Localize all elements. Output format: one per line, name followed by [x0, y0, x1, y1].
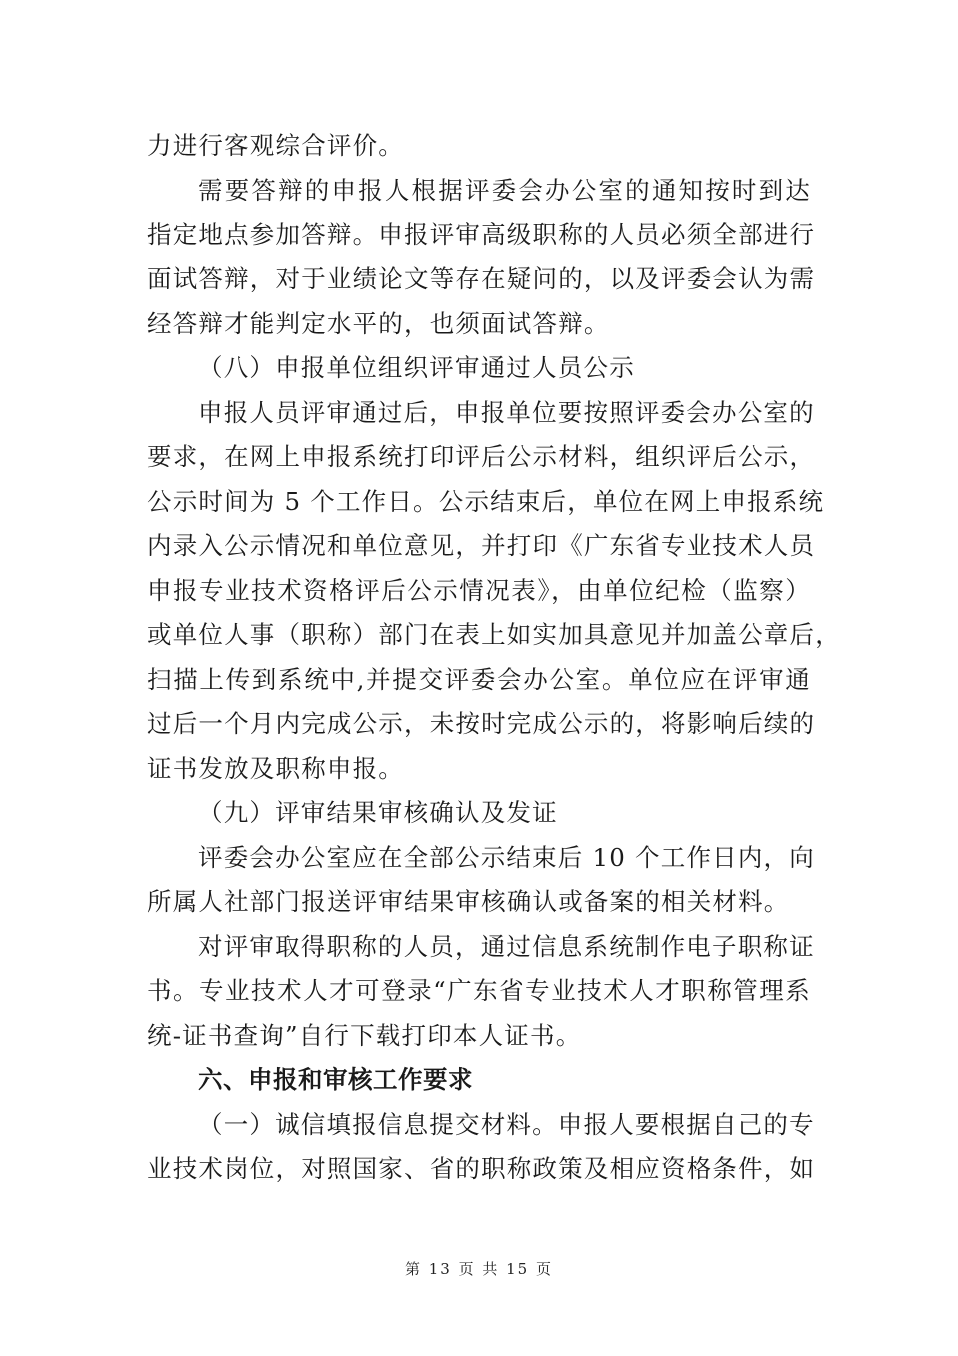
text-line: 面试答辩，对于业绩论文等存在疑问的，以及评委会认为需: [147, 264, 811, 294]
text-line: 经答辩才能判定水平的，也须面试答辩。: [147, 309, 811, 339]
text-line: 需要答辩的申报人根据评委会办公室的通知按时到达: [198, 176, 811, 206]
text-line: 申报专业技术资格评后公示情况表》，由单位纪检（监察）: [147, 576, 811, 606]
text-line: （一）诚信填报信息提交材料。申报人要根据自己的专: [198, 1110, 811, 1140]
section-heading: 六、申报和审核工作要求: [198, 1065, 811, 1095]
text-line: 评委会办公室应在全部公示结束后 10 个工作日内，向: [198, 843, 811, 873]
text-line: （九）评审结果审核确认及发证: [198, 798, 811, 828]
text-line: 公示时间为 5 个工作日。公示结束后，单位在网上申报系统: [147, 487, 811, 517]
text-line: （八）申报单位组织评审通过人员公示: [198, 353, 811, 383]
text-line: 业技术岗位，对照国家、省的职称政策及相应资格条件，如: [147, 1154, 811, 1184]
document-page: 力进行客观综合评价。需要答辩的申报人根据评委会办公室的通知按时到达指定地点参加答…: [0, 0, 958, 1356]
text-line: 指定地点参加答辩。申报评审高级职称的人员必须全部进行: [147, 220, 811, 250]
text-line: 要求，在网上申报系统打印评后公示材料，组织评后公示，: [147, 442, 811, 472]
page-footer: 第 13 页 共 15 页: [0, 1258, 958, 1279]
text-line: 申报人员评审通过后，申报单位要按照评委会办公室的: [198, 398, 811, 428]
text-line: 内录入公示情况和单位意见，并打印《广东省专业技术人员: [147, 531, 811, 561]
text-line: 扫描上传到系统中,并提交评委会办公室。单位应在评审通: [147, 665, 811, 695]
text-line: 统-证书查询”自行下载打印本人证书。: [147, 1021, 811, 1051]
text-line: 对评审取得职称的人员，通过信息系统制作电子职称证: [198, 932, 811, 962]
text-line: 所属人社部门报送评审结果审核确认或备案的相关材料。: [147, 887, 811, 917]
text-line: 过后一个月内完成公示，未按时完成公示的，将影响后续的: [147, 709, 811, 739]
text-line: 证书发放及职称申报。: [147, 754, 811, 784]
text-line: 或单位人事（职称）部门在表上如实加具意见并加盖公章后，: [147, 620, 811, 650]
text-line: 书。专业技术人才可登录“广东省专业技术人才职称管理系: [147, 976, 811, 1006]
text-line: 力进行客观综合评价。: [147, 131, 811, 161]
